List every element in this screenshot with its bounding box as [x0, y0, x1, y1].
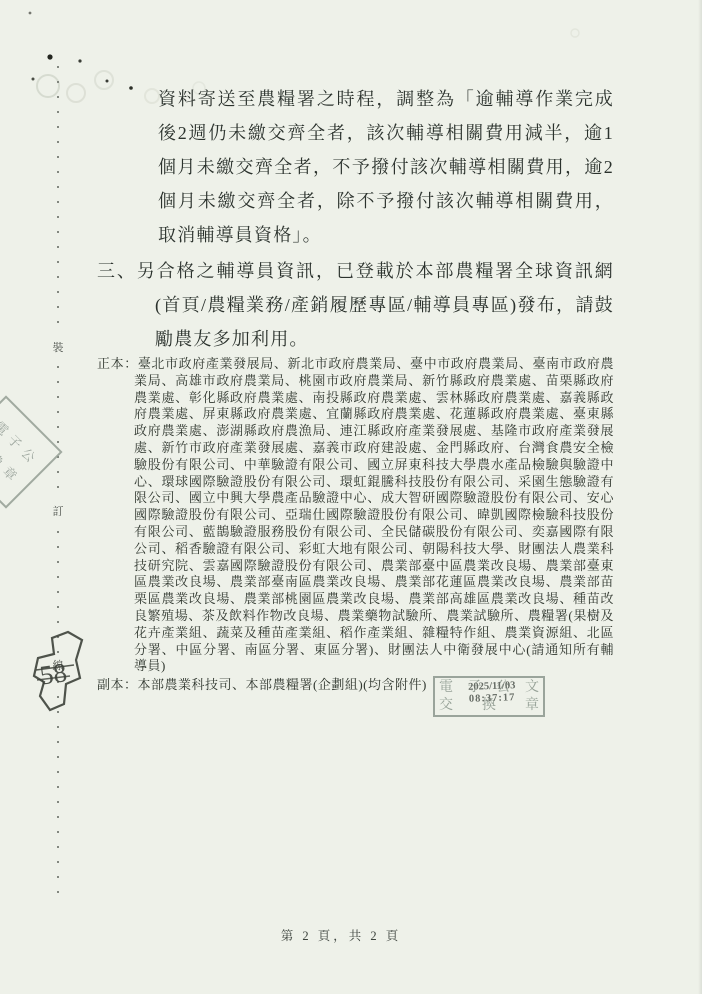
page-number-scribble: 58 [10, 626, 90, 718]
copy-recipients-label: 副本： [97, 677, 138, 692]
binding-char-zhuang: 裝 [47, 336, 69, 358]
scan-edge-shade [698, 0, 702, 994]
stamp-date: 2025/11/03 [468, 680, 516, 693]
binding-char-ding: 訂 [47, 500, 69, 522]
item-3-text: 另合格之輔導員資訊，已登載於本部農糧署全球資訊網(首頁/農糧業務/產銷履歷專區/… [137, 261, 614, 349]
electronic-exchange-stamp: 電 子 公 文 交 換 章 2025/11/03 08:37:17 [433, 676, 545, 717]
paragraph-item-3: 三、另合格之輔導員資訊，已登載於本部農糧署全球資訊網(首頁/農糧業務/產銷履歷專… [97, 254, 614, 356]
stamp-datetime: 2025/11/03 08:37:17 [443, 680, 542, 705]
paragraph-continuation: 資料寄送至農糧署之時程，調整為「逾輔導作業完成後2週仍未繳交齊全者，該次輔導相關… [158, 82, 614, 252]
document-page: 裝 訂 線 電子公 交換章 58 資料寄送至農糧署之時程，調整為「逾輔導作業完成… [0, 0, 702, 994]
original-recipients: 正本：臺北市政府產業發展局、新北市政府農業局、臺中市政府農業局、臺南市政府農業局… [97, 356, 614, 675]
binding-dotted-line [57, 66, 59, 896]
original-recipients-text: 臺北市政府產業發展局、新北市政府農業局、臺中市政府農業局、臺南市政府農業局、高雄… [134, 356, 614, 673]
page-mark-number: 58 [38, 657, 69, 690]
recipients-section: 正本：臺北市政府產業發展局、新北市政府農業局、臺中市政府農業局、臺南市政府農業局… [97, 356, 614, 694]
item-3-number: 三、 [97, 261, 137, 281]
page-footer: 第 2 頁，共 2 頁 [0, 926, 692, 944]
side-exchange-stamp: 電子公 交換章 [0, 395, 63, 508]
original-recipients-label: 正本： [97, 356, 138, 371]
copy-recipients-text: 本部農業科技司、本部農糧署(企劃組)(均含附件) [138, 677, 427, 692]
